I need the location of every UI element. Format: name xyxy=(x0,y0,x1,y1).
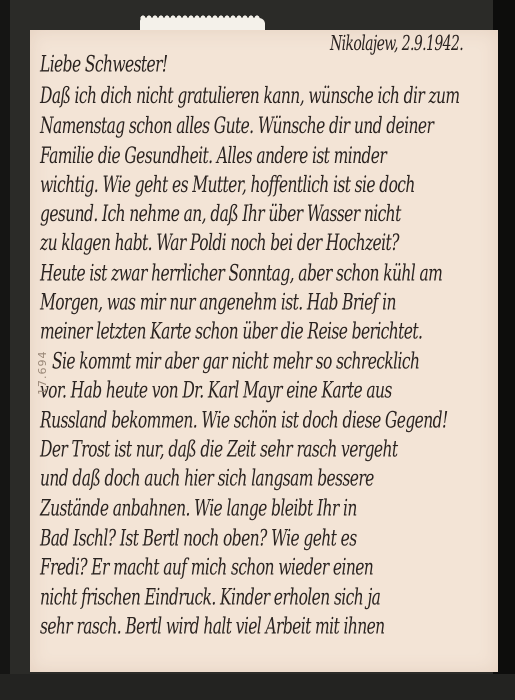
letter-line: Daß ich dich nicht gratulieren kann, wün… xyxy=(40,83,460,109)
letter-line: Namenstag schon alles Gute. Wünsche dir … xyxy=(40,113,433,139)
scan-border-bottom xyxy=(0,674,515,700)
letter-line: Zustände anbahnen. Wie lange bleibt Ihr … xyxy=(40,495,357,521)
letter-line: und daß doch auch hier sich langsam bess… xyxy=(40,465,374,491)
letter-line: meiner letzten Karte schon über die Reis… xyxy=(40,318,422,344)
letter-line: sehr rasch. Bertl wird halt viel Arbeit … xyxy=(40,613,385,639)
letter-line: nicht frischen Eindruck. Kinder erholen … xyxy=(40,584,380,610)
letter-line: Russland bekommen. Wie schön ist doch di… xyxy=(40,407,448,433)
letter-line: Heute ist zwar herrlicher Sonntag, aber … xyxy=(40,260,442,286)
letter-line: Bad Ischl? Ist Bertl noch oben? Wie geht… xyxy=(40,525,357,551)
scan-border-left xyxy=(0,0,10,700)
letter-line: Familie die Gesundheit. Alles andere ist… xyxy=(40,143,386,169)
letter-line: vor. Hab heute von Dr. Karl Mayr eine Ka… xyxy=(40,377,392,403)
date-line: Nikolajew, 2.9.1942. xyxy=(330,32,463,55)
letter-line: Der Trost ist nur, daß die Zeit sehr ras… xyxy=(40,436,398,462)
letter-line: Fredi? Er macht auf mich schon wieder ei… xyxy=(40,554,373,580)
salutation: Liebe Schwester! xyxy=(40,51,168,77)
letter-line: wichtig. Wie geht es Mutter, hoffentlich… xyxy=(40,172,415,198)
letter-line: zu klagen habt. War Poldi noch bei der H… xyxy=(40,230,399,256)
letter-line: Sie kommt mir aber gar nicht mehr so sch… xyxy=(52,348,419,374)
letter-line: gesund. Ich nehme an, daß Ihr über Wasse… xyxy=(40,201,401,227)
letter-line: Morgen, was mir nur angenehm ist. Hab Br… xyxy=(40,289,396,315)
pencil-annotation: 17.694 xyxy=(36,351,49,396)
